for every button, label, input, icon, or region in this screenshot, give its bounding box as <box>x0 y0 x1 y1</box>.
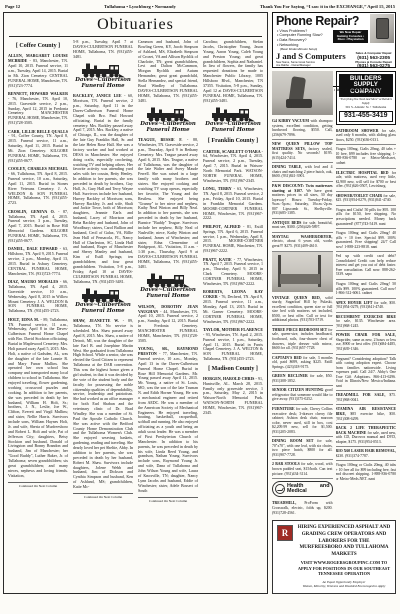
page-number: Page 12 <box>5 4 20 9</box>
obituary-columns: [ Coffee County ]ALLEN, MARGARET LOUISE … <box>8 40 263 586</box>
county-header: [ Franklin County ] <box>203 138 263 145</box>
builders-tagline: "Everything You Need And More" at Builde… <box>339 98 394 105</box>
funeral-home-subname: Funeral Home <box>73 309 133 315</box>
obituary-continuation: Carolina; grandchildren, Stefan Jacobs, … <box>203 40 263 103</box>
classified-listing: NEW QUEEN PILLOW TOP MATTRESS SETS, fact… <box>272 140 333 163</box>
obituary-entry: RACKLEY, JANICE LEE - 60, Morrison, TN. … <box>73 94 133 284</box>
classified-listing: Viagra 100mg and Cialis 20mg! 50 pills $… <box>336 280 397 299</box>
classified-listing: CAPTAIN'S BED for sale, 3 months old, pa… <box>272 354 333 373</box>
county-header: [ Coffee County ] <box>8 43 68 50</box>
newspaper-page: Page 12 Tullahoma • Lynchburg • Normandy… <box>0 0 400 614</box>
classified-listing: Pregnant? Considering adoption? Talk wit… <box>336 355 397 392</box>
phone-repair-ad: Phone Repair? Virus Problems? Computer R… <box>272 12 396 68</box>
obituary-entry: CROSLIN, GENEVA O. - 87, Tullahoma, TN. … <box>8 210 68 244</box>
obituary-column-3: Cammon and husband, John of Bowling Gree… <box>138 40 198 586</box>
hiring-apply-line: VISIT WWW.ROGERSGROUPINC.COM TO APPLY FO… <box>297 560 391 577</box>
obituary-continuation: 5-8 p.m., Tuesday, April 7 at DAVES-CULB… <box>73 40 133 60</box>
funeral-home-subname: Funeral Home <box>73 84 133 90</box>
obituary-entry: CARR, LILLIE BELLE QUALLS - 91, Coffee C… <box>8 130 68 164</box>
page-header: Page 12 Tullahoma • Lynchburg • Normandy… <box>0 0 400 11</box>
stethoscope-icon <box>275 484 285 494</box>
obituaries-title-rule: Obituaries <box>9 16 262 37</box>
classified-listing: BACK 2 LIFE THERAPEUTIC BACK MACHINE for… <box>336 424 397 447</box>
classified-listing: STAMINA AIR RESISTANCE BIKE, $85 exercis… <box>336 405 397 424</box>
obituary-column-1: [ Coffee County ]ALLEN, MARGARET LOUISE … <box>8 40 68 586</box>
train-icon <box>145 273 191 288</box>
obituary-entry: ROBERTS, LEONA KAY COKER - 76, Decherd, … <box>203 290 263 324</box>
obituary-column-4: Carolina; grandchildren, Stefan Jacobs, … <box>203 40 263 586</box>
funeral-home-subname: Funeral Home <box>138 294 198 300</box>
obituary-entry: HORGEN, HAROLD CHRIS - 91, Huntsville, A… <box>203 377 263 416</box>
classified-listing: Viagra 100mg or Cialis 20mg, 40 tabs + 1… <box>336 461 397 483</box>
bed-photo <box>272 252 333 292</box>
obituary-entry: HOLT, EDNA M. - 89, Tullahoma, TN. Funer… <box>8 318 68 479</box>
masthead-cities: Tullahoma • Lynchburg • Normandy <box>104 4 176 9</box>
funeral-home-subname: Funeral Home <box>138 128 198 134</box>
health-medical-label: Health and Medical <box>287 484 330 495</box>
classifieds-section: G4 KIRBY VACUUM with shampoo system, exc… <box>272 71 396 518</box>
continued-label: Continued On Next Column <box>138 497 198 503</box>
health-medical-header: Health and Medical <box>272 481 333 497</box>
obituary-entry: DANIEL, DALE EDWARD - 63, Hillsboro, TN.… <box>8 247 68 276</box>
kirby-vacuum-photo <box>272 71 333 115</box>
obituary-entry: COOLEY, CHARLES MICHAEL - 66, Tullahoma,… <box>8 167 68 206</box>
classified-listing: G4 KIRBY VACUUM with shampoo system, exc… <box>272 117 333 140</box>
classified-listing: DINING ROOM SET for sale, 70"x70", with … <box>272 437 333 460</box>
hiring-ad: R HIRING EXPERIENCED ASPHALT AND GRADING… <box>272 520 396 594</box>
classified-listing: VINTAGE QUEEN BED, solid sturdy, Sugarlo… <box>272 294 333 326</box>
eoe-text2: Women, Minority, Veterans and Disabled E… <box>303 584 386 588</box>
obituary-entry: LONG, TERRY - 63, Winchester, TN. April … <box>203 187 263 221</box>
classified-listing: Viagra and Cialis! 50 pills for $95. 100… <box>336 206 397 229</box>
obituary-entry: CARTER, SCARLETT O'HARA - 64, Winchester… <box>203 150 263 184</box>
hiring-headline: HIRING EXPERIENCED ASPHALT AND GRADING C… <box>297 525 391 559</box>
daves-culbertson-logo: Daves~CulbertsonFuneral Home <box>138 107 198 133</box>
classified-listing: ANTIQUE BEDS for sale, beautiful, must s… <box>272 219 333 233</box>
classified-listing: ELECTRIC HOSPITAL BED for sale, with mat… <box>336 169 397 192</box>
smartphone-icon <box>376 18 389 39</box>
obituary-entry: YOUNG, SR., RAYMOND PRESTON - 77, Manche… <box>138 347 198 493</box>
mattress <box>280 274 320 284</box>
classified-listing: RIO X60 LASER HAIR REMOVAL, $230. (931)3… <box>336 447 397 461</box>
classified-listing: FURNITURE for sale, Cherry Collins execu… <box>272 405 333 437</box>
classified-listing: SENIOR CITIZEN HUNTING good refrigerator… <box>272 386 333 405</box>
obituary-entry: PHILPOT, ALFRED - 81, Estill Springs, TN… <box>203 225 263 254</box>
builders-address: 301 S. Atlantic St. • Tullahoma <box>339 106 394 110</box>
classified-listing: MAYTAG WASHER/DRYER, electric, about 6 y… <box>272 233 333 252</box>
obituary-entry: SHAW, JEANETTE W. - 89, Tullahoma, TN. N… <box>73 319 133 490</box>
jands-company-name: J and S Computers <box>276 52 346 61</box>
rogers-group-logo: R <box>277 525 293 541</box>
obituary-entry: WILSON, DOROTHY JEAN VAUGHAN - 44, Manch… <box>138 305 198 344</box>
classified-listing: SHOWER/TOILET CHAIR for sale, $25. (931)… <box>336 192 397 206</box>
console-repair-phone: (931) 563-0275 <box>355 64 392 69</box>
funeral-home-subname: Funeral Home <box>203 128 263 134</box>
classified-listing: Viagra 100mg and Cialis 20mg! 40 pills +… <box>336 229 397 252</box>
obituary-entry: TEAGUE, BESSIE F. - 88, Winchester, TN. … <box>138 138 198 270</box>
classified-listing: TREADMILL FOR SALE, $75. (931)968-0041. <box>336 391 397 405</box>
classified-listing: THREE PIECE BEDROOM SET for sale, queen-… <box>272 326 333 354</box>
classified-listing: GREEN RECLINER for sale, $50. (931)308-1… <box>272 372 333 386</box>
classified-listing: P&W DISCOUNT: Twin mattresses starting a… <box>272 182 333 219</box>
classified-listing: TREADMILL, ProForm with Crosswalk, elect… <box>272 499 333 517</box>
classified-listing: 2 BAR STOOLS for sale, wood, with brown … <box>272 460 333 479</box>
obituary-entry: DIAZ, MAURO MORALES - 66, Tullahoma, TN.… <box>8 280 68 314</box>
train-icon <box>80 288 126 303</box>
obituary-continuation: Cammon and husband, John of Bowling Gree… <box>138 40 198 103</box>
obituary-entry: PRATT, KATIE - 77, Winchester, TN. April… <box>203 258 263 287</box>
daves-culbertson-logo: Daves~CulbertsonFuneral Home <box>203 107 263 133</box>
obituary-entry: BENNETT, HOWARD WALKER - 76, Manchester,… <box>8 92 68 126</box>
jands-phones: Sales & Computer Repair (931) 563-2305 P… <box>355 52 392 69</box>
obituary-column-2: 5-8 p.m., Tuesday, April 7 at DAVES-CULB… <box>73 40 133 586</box>
console-repair-badge: We Now Repair Gaming Consoles • Xbox • P… <box>333 30 368 43</box>
continued-label: Continued On Next Column <box>73 493 133 499</box>
train-icon <box>80 63 126 78</box>
ads-column: Phone Repair? Virus Problems? Computer R… <box>272 12 396 594</box>
classified-listing: Viagra 100mg, Cialis 20mg, 40 tabs + 10 … <box>336 145 397 168</box>
obituary-entry: TAYLOR, MOTHER FLARENCE - 93, Winchester… <box>203 328 263 362</box>
hiring-eoe-line: An Equal Opportunity Employer Women, Min… <box>297 580 391 589</box>
daves-culbertson-logo: Daves~CulbertsonFuneral Home <box>138 273 198 299</box>
classifieds-left-column: G4 KIRBY VACUUM with shampoo system, exc… <box>272 71 333 518</box>
classified-listing: DINING TABLE, with leaf and 4 chairs and… <box>272 163 333 182</box>
vacuum-base <box>286 99 312 108</box>
daves-culbertson-logo: Daves~CulbertsonFuneral Home <box>73 288 133 314</box>
classifieds-right-column: BUILDERS SUPPLY COMPANY"Everything You N… <box>336 71 397 518</box>
classified-listing: BATHROOM SHOWER for sale, used only 6 mo… <box>336 127 397 146</box>
obituary-entry: ALLEN, MARGARET LOUISE MCBRIDE - 83, Man… <box>8 54 68 88</box>
train-icon <box>145 107 191 122</box>
classified-listing: POWER CHAIR FOR SALE, Shoprider, same as… <box>336 331 397 354</box>
jands-subline2: Joe Rabbe - Owner/Manager <box>276 64 346 67</box>
classified-listing: APEX HOYER LIFT for sale, $50. (931)954-… <box>336 299 397 313</box>
continued-label: Continued On Next Column <box>8 482 68 488</box>
obituaries-section: Obituaries [ Coffee County ]ALLEN, MARGA… <box>3 12 268 594</box>
classified-listing: RECUMBENT EXERCISE BIKE for sale, $135. … <box>336 313 397 332</box>
daves-culbertson-logo: Daves~CulbertsonFuneral Home <box>73 63 133 89</box>
obituaries-title: Obituaries <box>9 16 262 34</box>
train-icon <box>210 107 256 122</box>
builders-phone: 931-455-3419 <box>339 111 394 121</box>
header-slogan: Thank You For Saying, “I saw it in the E… <box>260 4 395 9</box>
county-header: [ Madison County ] <box>203 366 263 373</box>
classified-listing: Fed up with credit card debt? Consolidat… <box>336 252 397 280</box>
phone-in-hand-photo <box>370 14 394 43</box>
